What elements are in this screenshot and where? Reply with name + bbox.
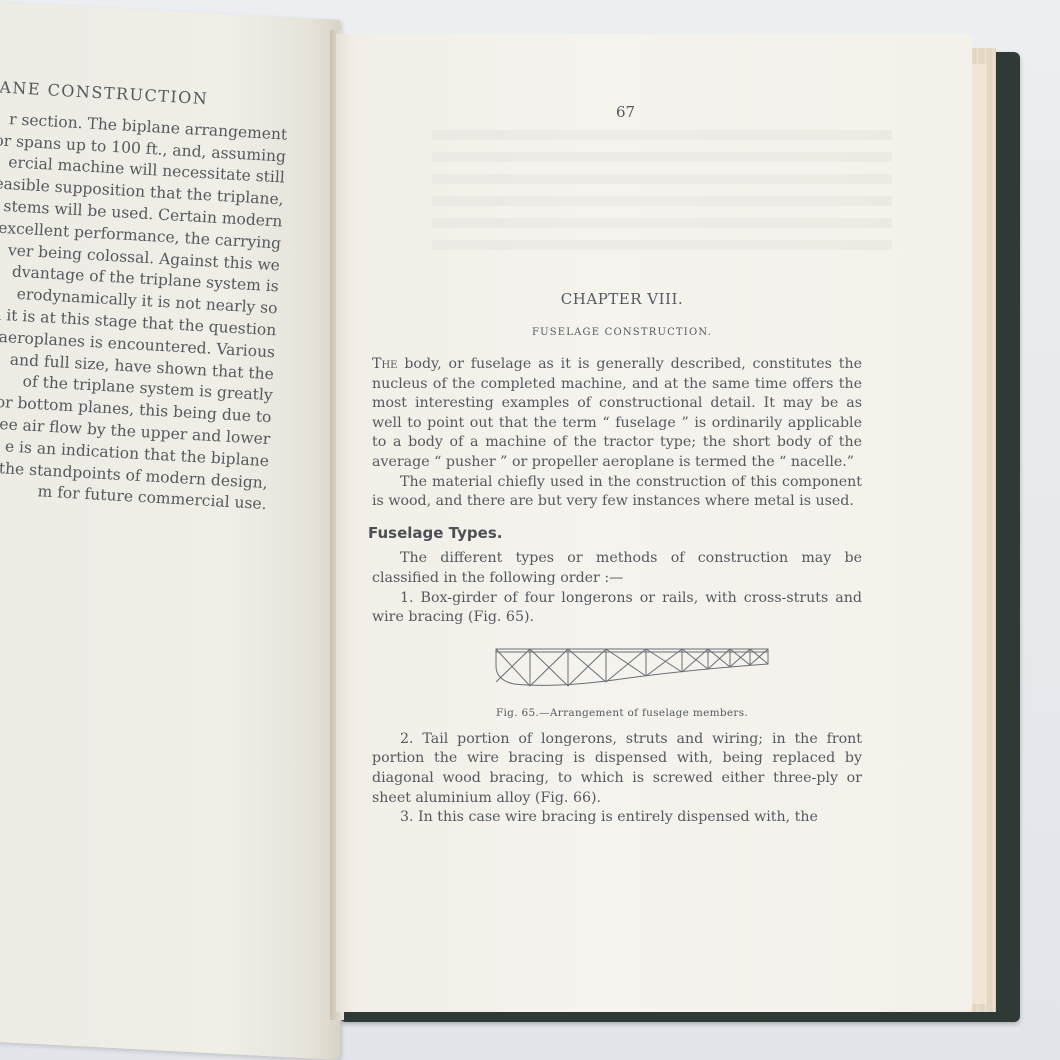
list-item-1: 1. Box-girder of four longerons or rails…: [372, 589, 862, 628]
intro-first-word: The: [372, 356, 397, 372]
page-number: 67: [616, 103, 635, 121]
show-through-text: [432, 130, 892, 250]
fuselage-diagram: [494, 646, 770, 690]
figure-caption: Fig. 65.—Arrangement of fuselage members…: [372, 704, 872, 724]
left-page-text: ANE CONSTRUCTION r section. The biplane …: [0, 76, 290, 516]
material-paragraph: The material chiefly used in the constru…: [372, 473, 862, 512]
intro-paragraph: The body, or fuselage as it is generally…: [372, 355, 862, 473]
chapter-subtitle: FUSELAGE CONSTRUCTION.: [372, 327, 872, 338]
chapter-body: The body, or fuselage as it is generally…: [372, 355, 862, 828]
chapter-title: CHAPTER VIII.: [372, 290, 872, 308]
list-item-3: 3. In this case wire bracing is entirely…: [372, 808, 862, 828]
intro-text: body, or fuselage as it is generally des…: [372, 356, 862, 470]
types-intro-paragraph: The different types or methods of constr…: [372, 549, 862, 588]
section-heading: Fuselage Types.: [368, 524, 862, 544]
list-item-2: 2. Tail portion of longerons, struts and…: [372, 730, 862, 808]
figure-65: Fig. 65.—Arrangement of fuselage members…: [372, 638, 862, 730]
